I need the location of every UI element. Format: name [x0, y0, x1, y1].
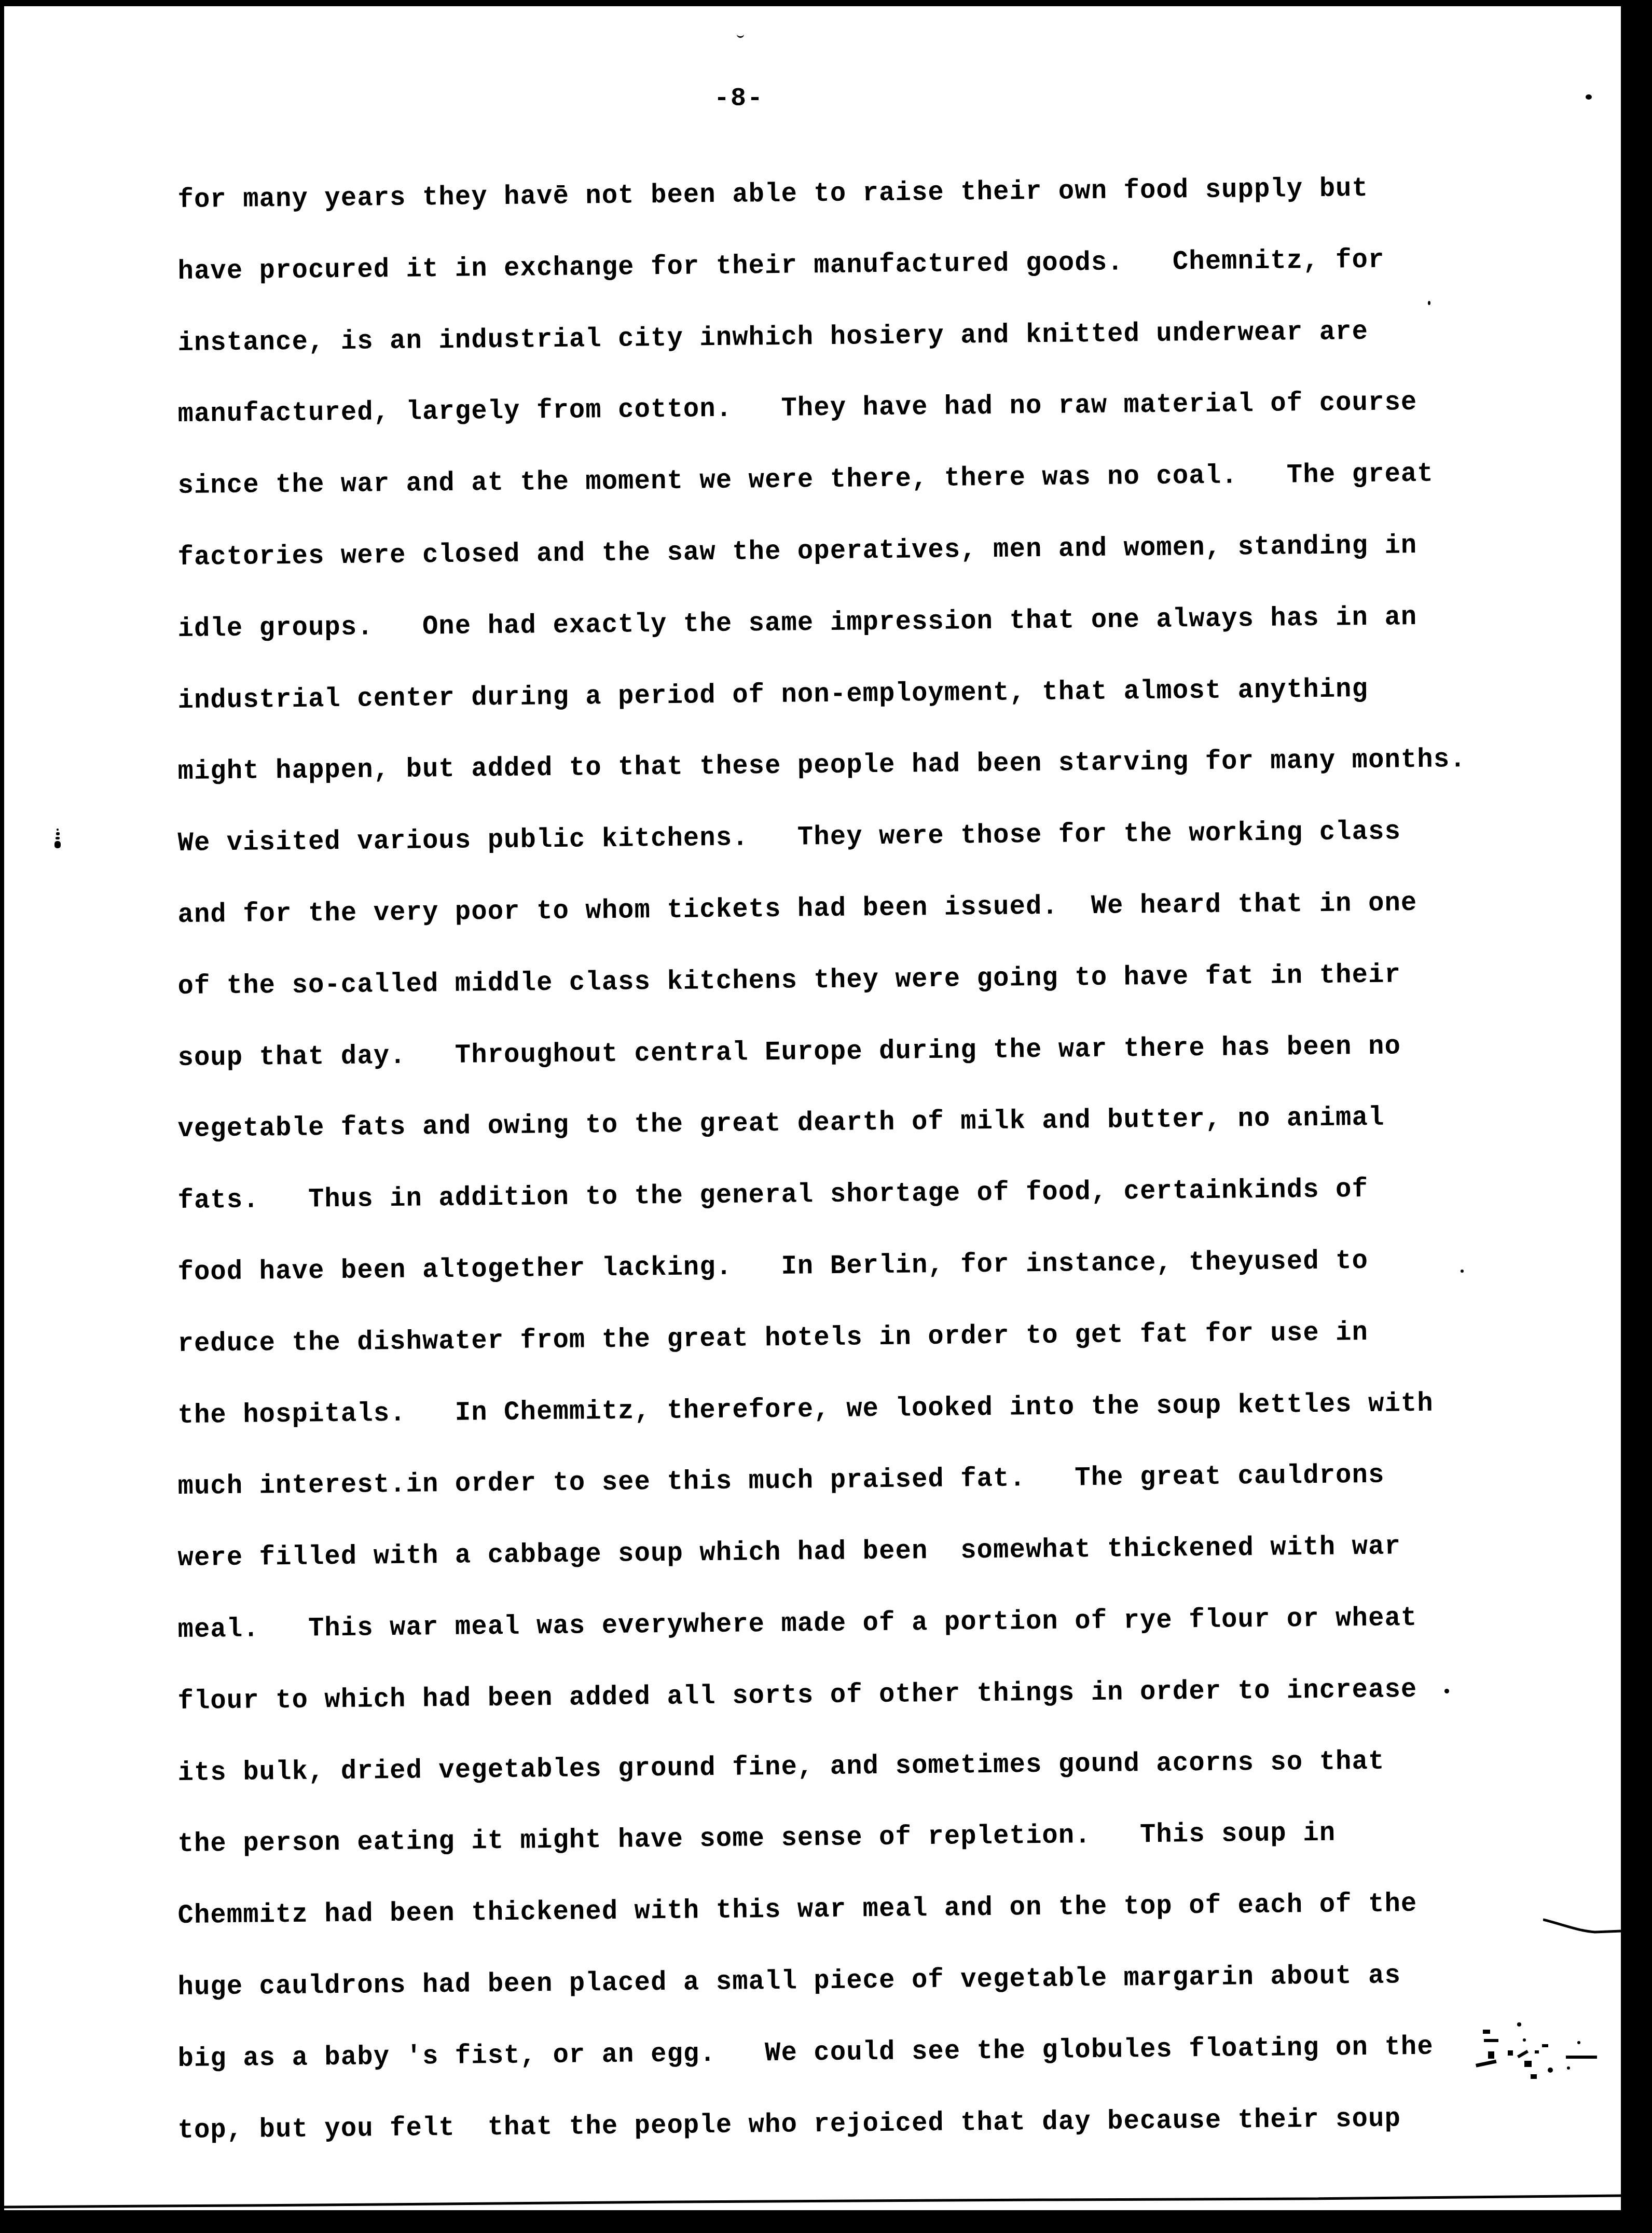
scan-speck [1428, 301, 1430, 305]
scan-mark-right-curve [1543, 1915, 1621, 1947]
text-line: top, but you felt that the people who re… [177, 2105, 1466, 2189]
body-text: for many years they havē not been able t… [178, 187, 1506, 2188]
scan-mark-top [737, 32, 744, 38]
scan-speck [1461, 1270, 1464, 1273]
document-page: -8- for many years they havē not been ab… [4, 6, 1621, 2210]
scan-noise-cluster [1472, 2019, 1613, 2102]
scan-mark-left-margin [54, 827, 61, 850]
scan-bottom-edge [4, 2189, 1621, 2210]
page-number: -8- [714, 84, 764, 114]
scan-speck [1444, 1689, 1449, 1693]
scan-speck [1586, 94, 1592, 100]
